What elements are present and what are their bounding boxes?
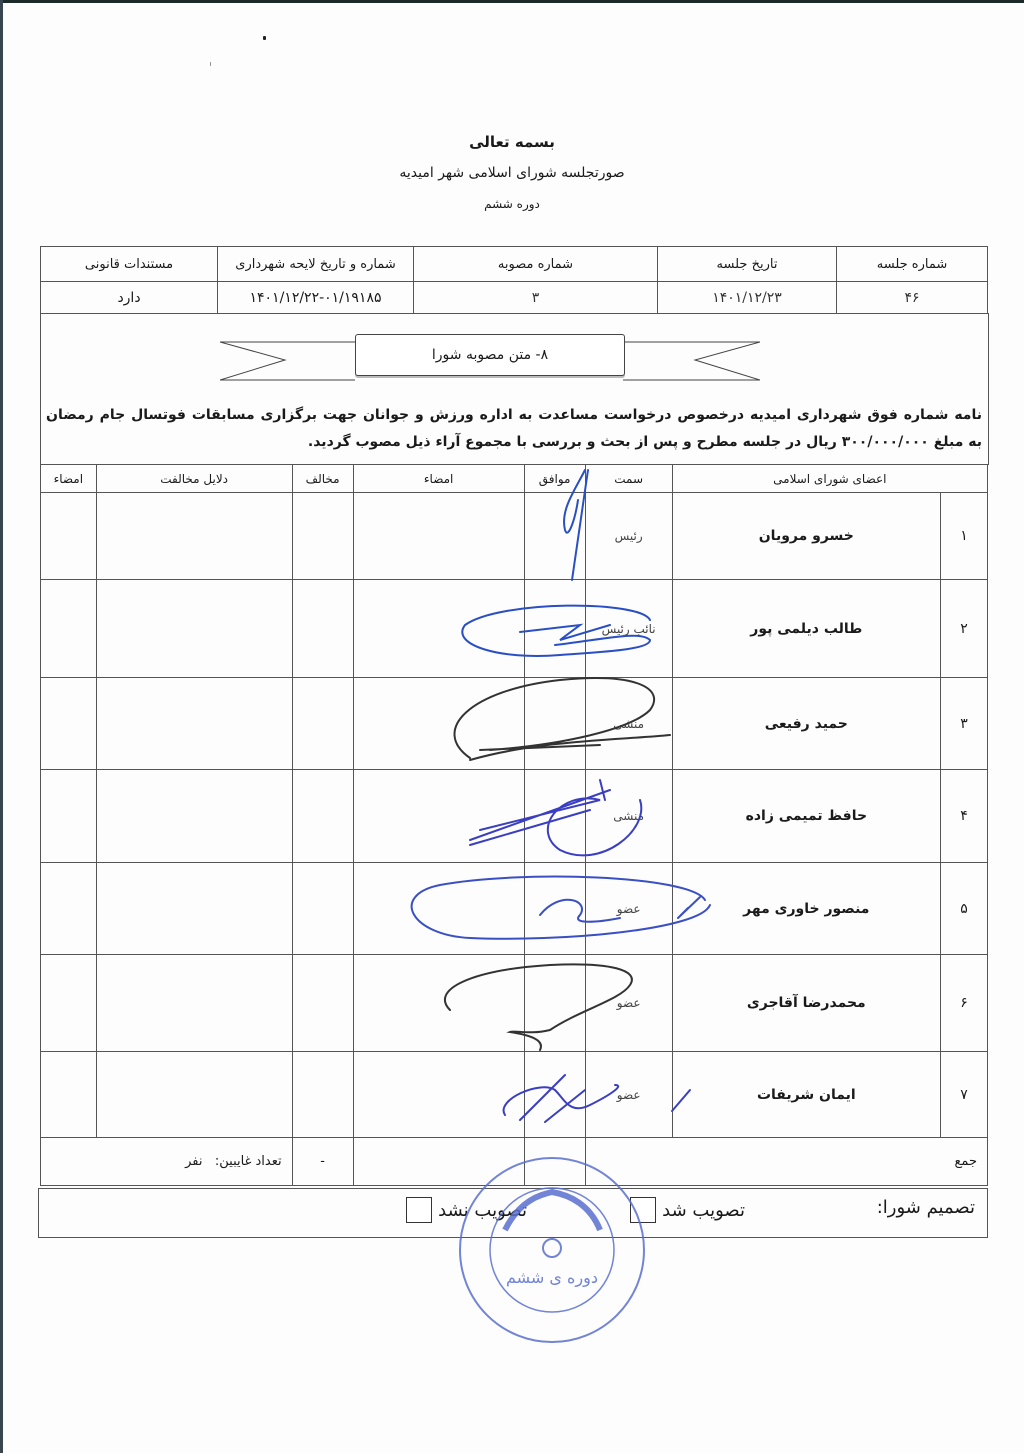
agree-cell [524, 1052, 585, 1138]
disagree-reason-cell [96, 863, 292, 955]
agree-cell [524, 580, 585, 678]
term-subtitle: دوره ششم [0, 197, 1024, 211]
disagree-cell [292, 678, 353, 770]
member-role: عضو [585, 863, 672, 955]
disagree-signature-cell [41, 863, 97, 955]
invocation-heading: بسمه تعالی [0, 133, 1024, 151]
approved-checkbox[interactable] [630, 1197, 656, 1223]
header-members: اعضای شورای اسلامی [672, 465, 987, 493]
member-number: ۷ [941, 1052, 988, 1138]
scan-speck [210, 62, 211, 66]
sum-row: جمع - تعداد غایبین: نفر [41, 1138, 988, 1186]
member-row: ۵ منصور خاوری مهر عضو [41, 863, 988, 955]
resolution-text: نامه شماره فوق شهرداری امیدیه درخصوص درخ… [46, 402, 982, 456]
member-name: منصور خاوری مهر [672, 863, 940, 955]
member-name: حمید رفیعی [672, 678, 940, 770]
signature-cell [353, 493, 524, 580]
disagree-cell [292, 1052, 353, 1138]
disagree-reason-cell [96, 678, 292, 770]
votes-table: اعضای شورای اسلامی سمت موافق امضاء مخالف… [40, 464, 988, 1186]
member-number: ۴ [941, 770, 988, 863]
signature-total-cell [353, 1138, 524, 1186]
disagree-reason-cell [96, 770, 292, 863]
header-legal-documents: مستندات قانونی [41, 247, 218, 282]
session-number-value: ۴۶ [837, 282, 988, 314]
disagree-signature-cell [41, 580, 97, 678]
bill-number-date-value: ۱۴۰۱/۱۲/۲۲-۰۱/۱۹۱۸۵ [218, 282, 414, 314]
disagree-reason-cell [96, 580, 292, 678]
header-position: سمت [585, 465, 672, 493]
banner-title: ۸- متن مصوبه شورا [355, 334, 625, 376]
disagree-cell [292, 493, 353, 580]
signature-cell [353, 678, 524, 770]
absent-unit: نفر [185, 1154, 202, 1169]
header-signature-agree: امضاء [353, 465, 524, 493]
sum-label: جمع [585, 1138, 987, 1186]
approved-option[interactable]: تصویب شد [630, 1197, 745, 1223]
agree-cell [524, 493, 585, 580]
absent-count: تعداد غایبین: نفر [41, 1138, 293, 1186]
disagree-total: - [292, 1138, 353, 1186]
header-agree: موافق [524, 465, 585, 493]
header-bill-number-date: شماره و تاریخ لایحه شهرداری [218, 247, 414, 282]
disagree-reason-cell [96, 493, 292, 580]
header-signature-disagree: امضاء [41, 465, 97, 493]
member-number: ۱ [941, 493, 988, 580]
signature-cell [353, 770, 524, 863]
agree-cell [524, 863, 585, 955]
header-session-number: شماره جلسه [837, 247, 988, 282]
section-banner: ۸- متن مصوبه شورا [220, 332, 760, 384]
header-disagree: مخالف [292, 465, 353, 493]
member-row: ۷ ایمان شریفات عضو [41, 1052, 988, 1138]
disagree-signature-cell [41, 1052, 97, 1138]
disagree-reason-cell [96, 955, 292, 1052]
member-row: ۱ خسرو مرویان رئیس [41, 493, 988, 580]
absent-label: تعداد غایبین: [215, 1154, 282, 1169]
disagree-signature-cell [41, 770, 97, 863]
member-role: عضو [585, 1052, 672, 1138]
signature-cell [353, 955, 524, 1052]
member-name: خسرو مرویان [672, 493, 940, 580]
member-role: رئیس [585, 493, 672, 580]
council-decision: تصمیم شورا: تصویب شد تصویب نشد [38, 1188, 988, 1238]
member-role: عضو [585, 955, 672, 1052]
scan-edge-left [0, 0, 3, 1453]
rejected-checkbox[interactable] [406, 1197, 432, 1223]
agree-cell [524, 770, 585, 863]
member-number: ۵ [941, 863, 988, 955]
session-date-value: ۱۴۰۱/۱۲/۲۳ [658, 282, 837, 314]
rejected-label: تصویب نشد [438, 1200, 527, 1221]
document-title: صورتجلسه شورای اسلامی شهر امیدیه [0, 165, 1024, 181]
agree-cell [524, 955, 585, 1052]
member-name: طالب دیلمی پور [672, 580, 940, 678]
scan-edge-top [0, 0, 1024, 3]
approved-label: تصویب شد [662, 1200, 745, 1221]
header-session-date: تاریخ جلسه [658, 247, 837, 282]
member-role: منشی [585, 678, 672, 770]
member-number: ۳ [941, 678, 988, 770]
scan-speck [263, 36, 266, 40]
rejected-option[interactable]: تصویب نشد [406, 1197, 527, 1223]
disagree-cell [292, 955, 353, 1052]
member-name: حافظ تمیمی زاده [672, 770, 940, 863]
member-role: نائب رئیس [585, 580, 672, 678]
resolution-number-value: ۳ [414, 282, 658, 314]
header-resolution-number: شماره مصوبه [414, 247, 658, 282]
signature-cell [353, 1052, 524, 1138]
stamp-center-text: دوره ی ششم [506, 1268, 598, 1288]
member-row: ۳ حمید رفیعی منشی [41, 678, 988, 770]
header-disagree-reasons: دلایل مخالفت [96, 465, 292, 493]
disagree-reason-cell [96, 1052, 292, 1138]
member-row: ۲ طالب دیلمی پور نائب رئیس [41, 580, 988, 678]
member-row: ۶ محمدرضا آقاجری عضو [41, 955, 988, 1052]
agree-cell [524, 678, 585, 770]
decision-label: تصمیم شورا: [877, 1197, 975, 1218]
member-row: ۴ حافظ تمیمی زاده منشی [41, 770, 988, 863]
signature-cell [353, 580, 524, 678]
agree-total [524, 1138, 585, 1186]
disagree-cell [292, 770, 353, 863]
member-number: ۲ [941, 580, 988, 678]
member-name: ایمان شریفات [672, 1052, 940, 1138]
signature-cell [353, 863, 524, 955]
disagree-signature-cell [41, 493, 97, 580]
legal-documents-value: دارد [41, 282, 218, 314]
disagree-signature-cell [41, 678, 97, 770]
disagree-signature-cell [41, 955, 97, 1052]
member-name: محمدرضا آقاجری [672, 955, 940, 1052]
member-number: ۶ [941, 955, 988, 1052]
session-meta-table: شماره جلسه تاریخ جلسه شماره مصوبه شماره … [40, 246, 988, 314]
disagree-cell [292, 580, 353, 678]
member-role: منشی [585, 770, 672, 863]
disagree-cell [292, 863, 353, 955]
